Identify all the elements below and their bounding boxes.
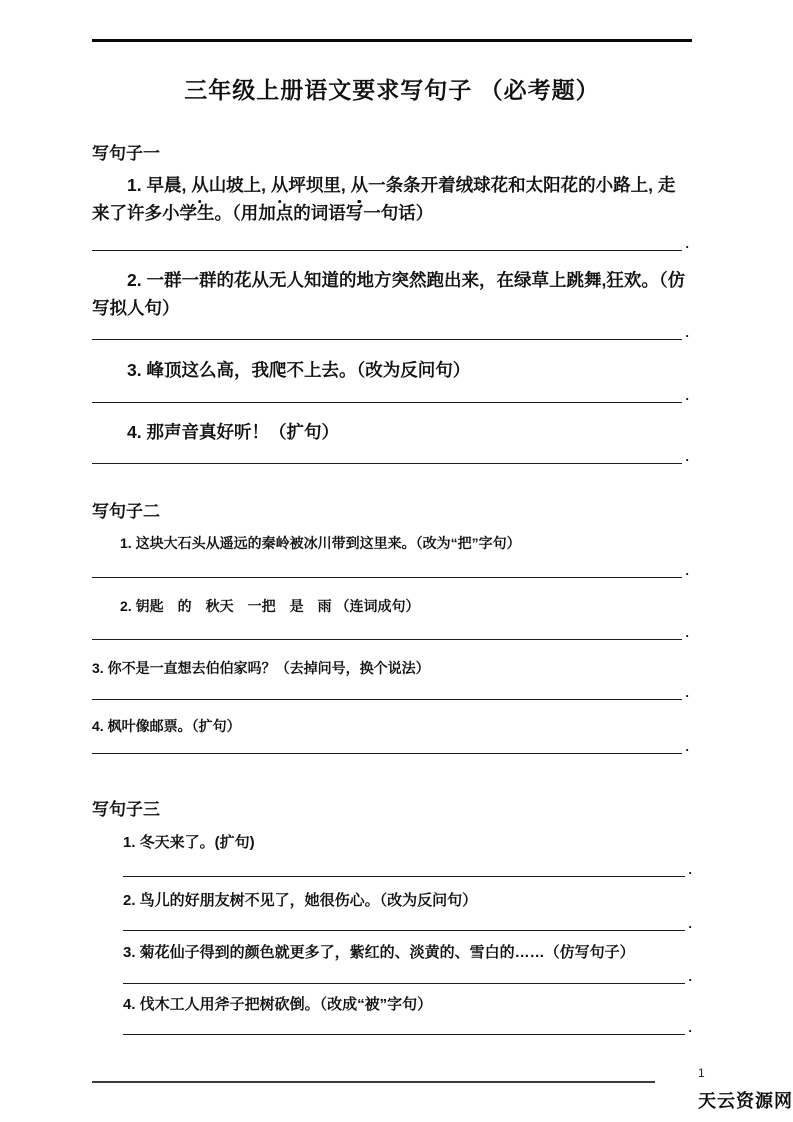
answer-blank-row: . (92, 684, 689, 700)
exercise-item: 3. 你不是一直想去伯伯家吗？（去掉问号，换个说法） (92, 658, 692, 678)
item-text: 4. 枫叶像邮票。（扩句） (92, 718, 241, 734)
section-heading: 写句子二 (92, 497, 692, 522)
page-title: 三年级上册语文要求写句子 （必考题） (92, 72, 692, 105)
exercise-item: 1. 这块大石头从遥远的秦岭被冰川带到这里来。（改为“把”字句） (92, 533, 692, 553)
answer-blank-line (123, 1019, 685, 1035)
answer-blank-line (92, 324, 682, 340)
blank-trailing-period: . (682, 453, 689, 461)
worksheet-page: 三年级上册语文要求写句子 （必考题） 写句子一1. 早晨, 从山坡上, 从坪坝里… (0, 0, 793, 1122)
exercise-item: 4. 那声音真好听！（扩句） (92, 418, 692, 446)
blank-trailing-period: . (682, 689, 689, 697)
emphasized-char: 从 (191, 171, 209, 199)
answer-blank-line (92, 387, 682, 403)
answer-blank-row: . (92, 387, 689, 403)
blank-trailing-period: . (682, 629, 689, 637)
watermark-text: 天云资源网 (698, 1087, 793, 1113)
answer-blank-line (123, 861, 685, 877)
answer-blank-row: . (123, 968, 692, 984)
item-text: 1. 这块大石头从遥远的秦岭被冰川带到这里来。（改为“把”字句） (120, 535, 521, 551)
item-text: 2. 一群一群的花从无人知道的地方突然跑出来，在绿草上跳舞,狂欢。（仿写拟人句） (92, 270, 685, 318)
exercise-item: 1. 早晨, 从山坡上, 从坪坝里, 从一条条开着绒球花和太阳花的小路上, 走来… (92, 171, 692, 227)
answer-blank-row: . (92, 324, 689, 340)
item-text: 1. 冬天来了。(扩句) (123, 834, 255, 851)
answer-blank-row: . (92, 562, 689, 578)
answer-blank-row: . (123, 861, 692, 877)
blank-trailing-period: . (685, 920, 692, 928)
answer-blank-row: . (92, 235, 689, 251)
page-content: 三年级上册语文要求写句子 （必考题） 写句子一1. 早晨, 从山坡上, 从坪坝里… (92, 0, 692, 1122)
answer-blank-row: . (123, 915, 692, 931)
answer-blank-row: . (92, 624, 689, 640)
page-number: 1 (698, 1066, 705, 1080)
blank-trailing-period: . (682, 392, 689, 400)
header-rule (92, 39, 692, 42)
answer-blank-row: . (92, 738, 689, 754)
answer-blank-line (92, 562, 682, 578)
exercise-item: 4. 枫叶像邮票。（扩句） (92, 716, 692, 736)
blank-trailing-period: . (682, 329, 689, 337)
section-heading: 写句子一 (92, 139, 692, 164)
blank-trailing-period: . (682, 567, 689, 575)
exercise-item: 2. 鸟儿的好朋友树不见了，她很伤心。（改为反问句） (123, 890, 692, 911)
answer-blank-line (92, 738, 682, 754)
item-text: 2. 钥匙 的 秋天 一把 是 雨 （连词成句） (120, 598, 419, 614)
answer-blank-line (92, 624, 682, 640)
item-text-segment: 1. 早晨, (127, 175, 191, 195)
exercise-item: 2. 一群一群的花从无人知道的地方突然跑出来，在绿草上跳舞,狂欢。（仿写拟人句） (92, 266, 692, 322)
emphasized-char: 从 (351, 171, 369, 199)
answer-blank-line (123, 915, 685, 931)
item-text: 3. 菊花仙子得到的颜色就更多了，紫红的、淡黄的、雪白的……（仿写句子） (123, 944, 635, 961)
item-text: 4. 伐木工人用斧子把树砍倒。（改成“被”字句） (123, 996, 432, 1013)
item-text: 3. 你不是一直想去伯伯家吗？（去掉问号，换个说法） (92, 660, 430, 676)
answer-blank-row: . (92, 448, 689, 464)
item-text-segment: 山坡上, (209, 175, 271, 195)
exercise-item: 1. 冬天来了。(扩句) (123, 832, 692, 853)
blank-trailing-period: . (682, 743, 689, 751)
answer-blank-line (92, 235, 682, 251)
item-text: 3. 峰顶这么高，我爬不上去。（改为反问句） (127, 360, 470, 380)
answer-blank-row: . (123, 1019, 692, 1035)
blank-trailing-period: . (685, 973, 692, 981)
exercise-item: 2. 钥匙 的 秋天 一把 是 雨 （连词成句） (92, 596, 692, 616)
item-text: 4. 那声音真好听！（扩句） (127, 422, 339, 442)
exercise-item: 4. 伐木工人用斧子把树砍倒。（改成“被”字句） (123, 994, 692, 1015)
answer-blank-line (123, 968, 685, 984)
exercise-item: 3. 菊花仙子得到的颜色就更多了，紫红的、淡黄的、雪白的……（仿写句子） (123, 942, 692, 963)
blank-trailing-period: . (682, 240, 689, 248)
answer-blank-line (92, 684, 682, 700)
footer-rule (92, 1081, 655, 1083)
answer-blank-line (92, 448, 682, 464)
section-heading: 写句子三 (92, 795, 692, 820)
blank-trailing-period: . (685, 866, 692, 874)
item-text-segment: 坪坝里, (288, 175, 350, 195)
exercise-item: 3. 峰顶这么高，我爬不上去。（改为反问句） (92, 356, 692, 384)
item-text: 2. 鸟儿的好朋友树不见了，她很伤心。（改为反问句） (123, 892, 477, 909)
emphasized-char: 从 (271, 171, 289, 199)
blank-trailing-period: . (685, 1024, 692, 1032)
